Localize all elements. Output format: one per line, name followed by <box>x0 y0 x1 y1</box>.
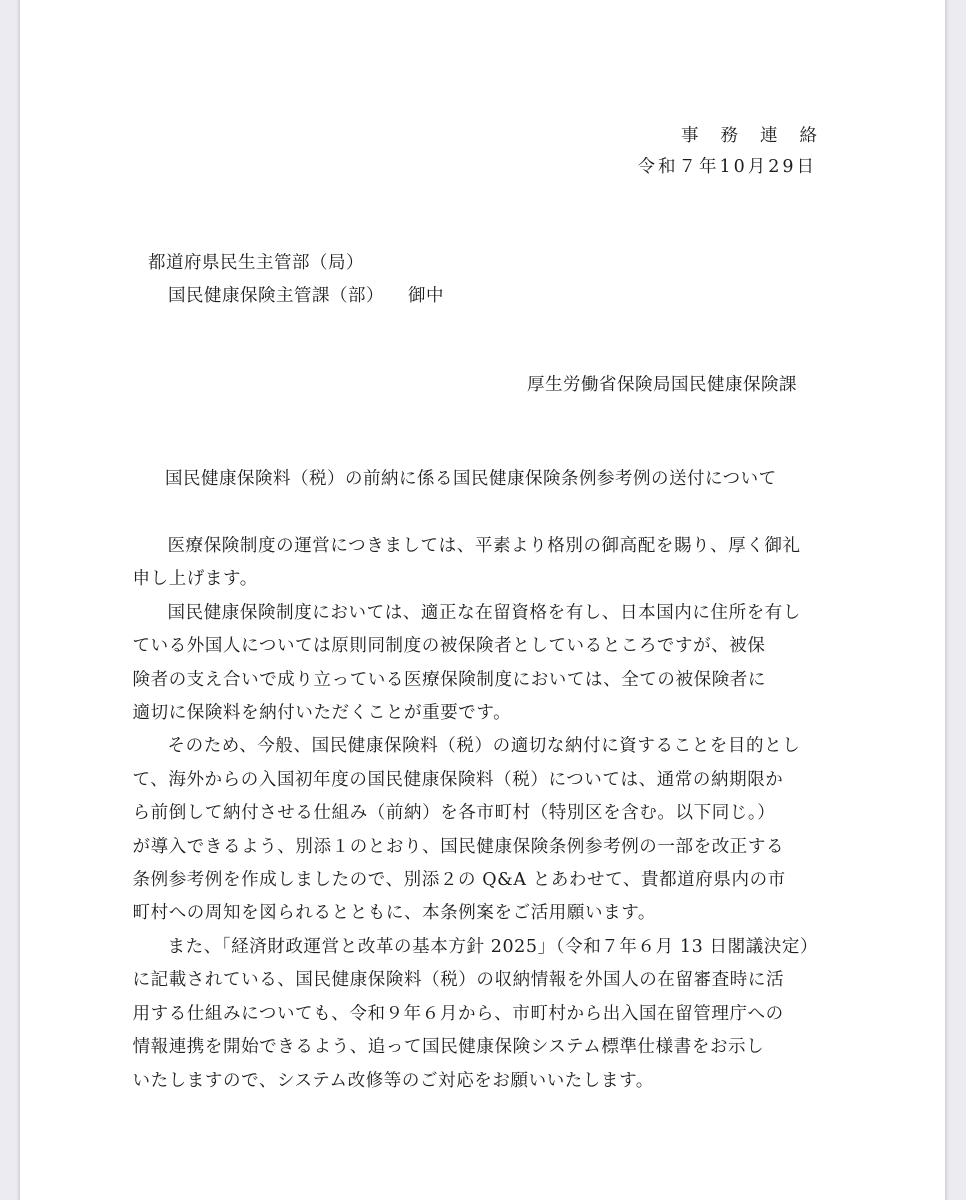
body-paragraph-2: 国民健康保険制度においては、適正な在留資格を有し、日本国内に住所を有し ている外… <box>150 597 840 731</box>
body-line: そのため、今般、国民健康保険料（税）の適切な納付に資することを目的とし <box>150 730 840 763</box>
body-line: ら前倒して納付させる仕組み（前納）を各市町村（特別区を含む。以下同じ。） <box>133 797 841 830</box>
sender: 厚生労働省保険局国民健康保険課 <box>527 377 797 395</box>
body-paragraph-3: そのため、今般、国民健康保険料（税）の適切な納付に資することを目的とし て、海外… <box>150 730 840 930</box>
body-line: また、「経済財政運営と改革の基本方針 2025」（令和７年６月 13 日閣議決定… <box>150 931 840 964</box>
body-line: 国民健康保険制度においては、適正な在留資格を有し、日本国内に住所を有し <box>150 597 840 630</box>
body-line: 用する仕組みについても、令和９年６月から、市町村から出入国在留管理庁への <box>133 998 841 1031</box>
document-subject: 国民健康保険料（税）の前納に係る国民健康保険条例参考例の送付について <box>165 471 777 489</box>
addressee-honorific: 御中 <box>408 286 444 306</box>
body-line: いたしますので、システム改修等のご対応をお願いいたします。 <box>133 1065 841 1098</box>
document-type-label: 事務連絡 <box>681 128 839 146</box>
body-line: 町村への周知を図られるとともに、本条例案をご活用願います。 <box>133 897 841 930</box>
body-line: 適切に保険料を納付いただくことが重要です。 <box>133 697 841 730</box>
body-line: 医療保険制度の運営につきましては、平素より格別の御高配を賜り、厚く御礼 <box>150 530 840 563</box>
body-line: 険者の支え合いで成り立っている医療保険制度においては、全ての被保険者に <box>133 664 841 697</box>
document-page: 事務連絡 令和７年10月29日 都道府県民生主管部（局） 国民健康保険主管課（部… <box>20 0 945 1200</box>
body-line: 条例参考例を作成しましたので、別添２の Q&A とあわせて、貴都道府県内の市 <box>133 864 841 897</box>
body-line: 情報連携を開始できるよう、追って国民健康保険システム標準仕様書をお示し <box>133 1031 841 1064</box>
body-paragraph-4: また、「経済財政運営と改革の基本方針 2025」（令和７年６月 13 日閣議決定… <box>150 931 840 1098</box>
body-line: 申し上げます。 <box>133 563 841 596</box>
body-line: て、海外からの入国初年度の国民健康保険料（税）については、通常の納期限か <box>133 764 841 797</box>
addressee-line-1: 都道府県民生主管部（局） <box>148 255 364 273</box>
body-line: が導入できるよう、別添１のとおり、国民健康保険条例参考例の一部を改正する <box>133 831 841 864</box>
addressee-line-2: 国民健康保険主管課（部）御中 <box>168 288 444 306</box>
document-body: 医療保険制度の運営につきましては、平素より格別の御高配を賜り、厚く御礼 申し上げ… <box>150 530 840 1098</box>
body-line: に記載されている、国民健康保険料（税）の収納情報を外国人の在留審査時に活 <box>133 964 841 997</box>
addressee-department: 国民健康保険主管課（部） <box>168 286 384 306</box>
document-date: 令和７年10月29日 <box>637 159 817 177</box>
body-line: ている外国人については原則同制度の被保険者としているところですが、被保 <box>133 630 841 663</box>
body-paragraph-1: 医療保険制度の運営につきましては、平素より格別の御高配を賜り、厚く御礼 申し上げ… <box>150 530 840 597</box>
